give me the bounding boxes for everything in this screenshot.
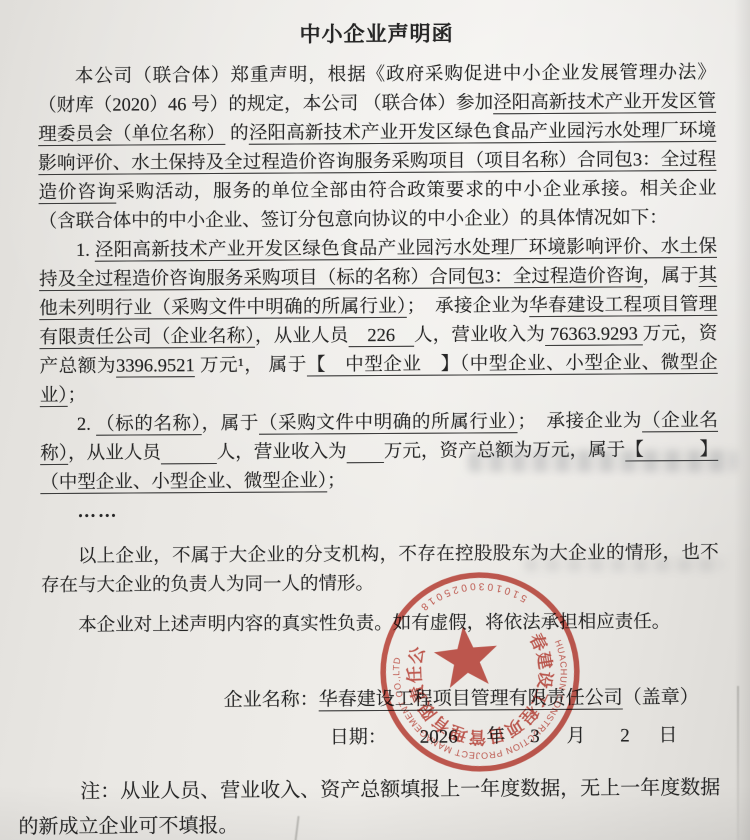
text-segment: 万元¹， 属于 [195,355,307,376]
underlined-filled-blank [161,443,217,463]
text-segment: 人，营业收入为 [217,442,347,463]
ellipsis-paragraph: …… [40,494,718,527]
date-day-unit: 日 [658,721,677,751]
text-segment: 2. [77,415,96,435]
text-segment: ，从业人员 [255,326,349,347]
seal-graphic: 华春建设工程项目管理有限责任公司 HUACHUN CONSTRUCTION PR… [355,547,606,798]
seal-star-icon [431,623,500,690]
underlined-filled-blank: 3396.9521 [116,356,195,376]
underlined-filled-blank: 泾阳高新技术产业开发区绿色食品产业园污水处理厂环境影响评价、水土保持及全过程造价… [39,237,717,290]
underlined-filled-blank: 226 [349,326,415,346]
company-seal-suffix: （盖章） [623,687,699,708]
text-segment: ，属于 [643,266,699,286]
text-segment: ； [68,386,87,406]
underlined-filled-blank: （采购文件中明确的所属行业） [259,412,518,434]
item-1-paragraph: 1. 泾阳高新技术产业开发区绿色食品产业园污水处理厂环境影响评价、水土保持及全过… [39,233,718,411]
ink-bleed-through-artifact [524,557,724,572]
text-segment: 1. [76,241,95,261]
date-day-value: 2 [620,721,630,751]
scanned-declaration-page: 中小企业声明函 本公司（联合体）郑重声明，根据《政府采购促进中小企业发展管理办法… [0,0,750,840]
ink-bleed-through-artifact [468,450,736,472]
paper-bottom-shadow [0,785,750,840]
text-segment: ； [327,471,346,491]
paper-edge-shadow [734,0,750,840]
company-name-label: 企业名称： [224,689,319,711]
text-segment: ，属于 [202,414,259,434]
text-segment: 采购活动，服务的单位全部由符合政策要求的中小企业承接。相关企业（含联合体中的中小… [39,179,717,232]
company-seal-stamp: 华春建设工程项目管理有限责任公司 HUACHUN CONSTRUCTION PR… [355,547,606,798]
text-segment: ，从业人员 [68,443,161,464]
document-paragraphs: 本公司（联合体）郑重声明，根据《政府采购促进中小企业发展管理办法》 （财库（20… [38,59,720,641]
underlined-filled-blank [347,442,384,462]
text-segment: ； 承接企业为 [517,411,642,432]
text-segment: 人，营业收入为 [414,325,545,346]
text-segment: 的 [225,124,249,144]
text-segment: …… [77,502,118,522]
underlined-filled-blank: 76363.9293 [545,324,643,345]
document-title: 中小企业声明函 [38,16,716,50]
intro-paragraph: 本公司（联合体）郑重声明，根据《政府采购促进中小企业发展管理办法》 （财库（20… [38,59,717,237]
underlined-filled-blank: （标的名称） [96,414,202,435]
text-segment: ； 承接企业为 [407,296,530,317]
